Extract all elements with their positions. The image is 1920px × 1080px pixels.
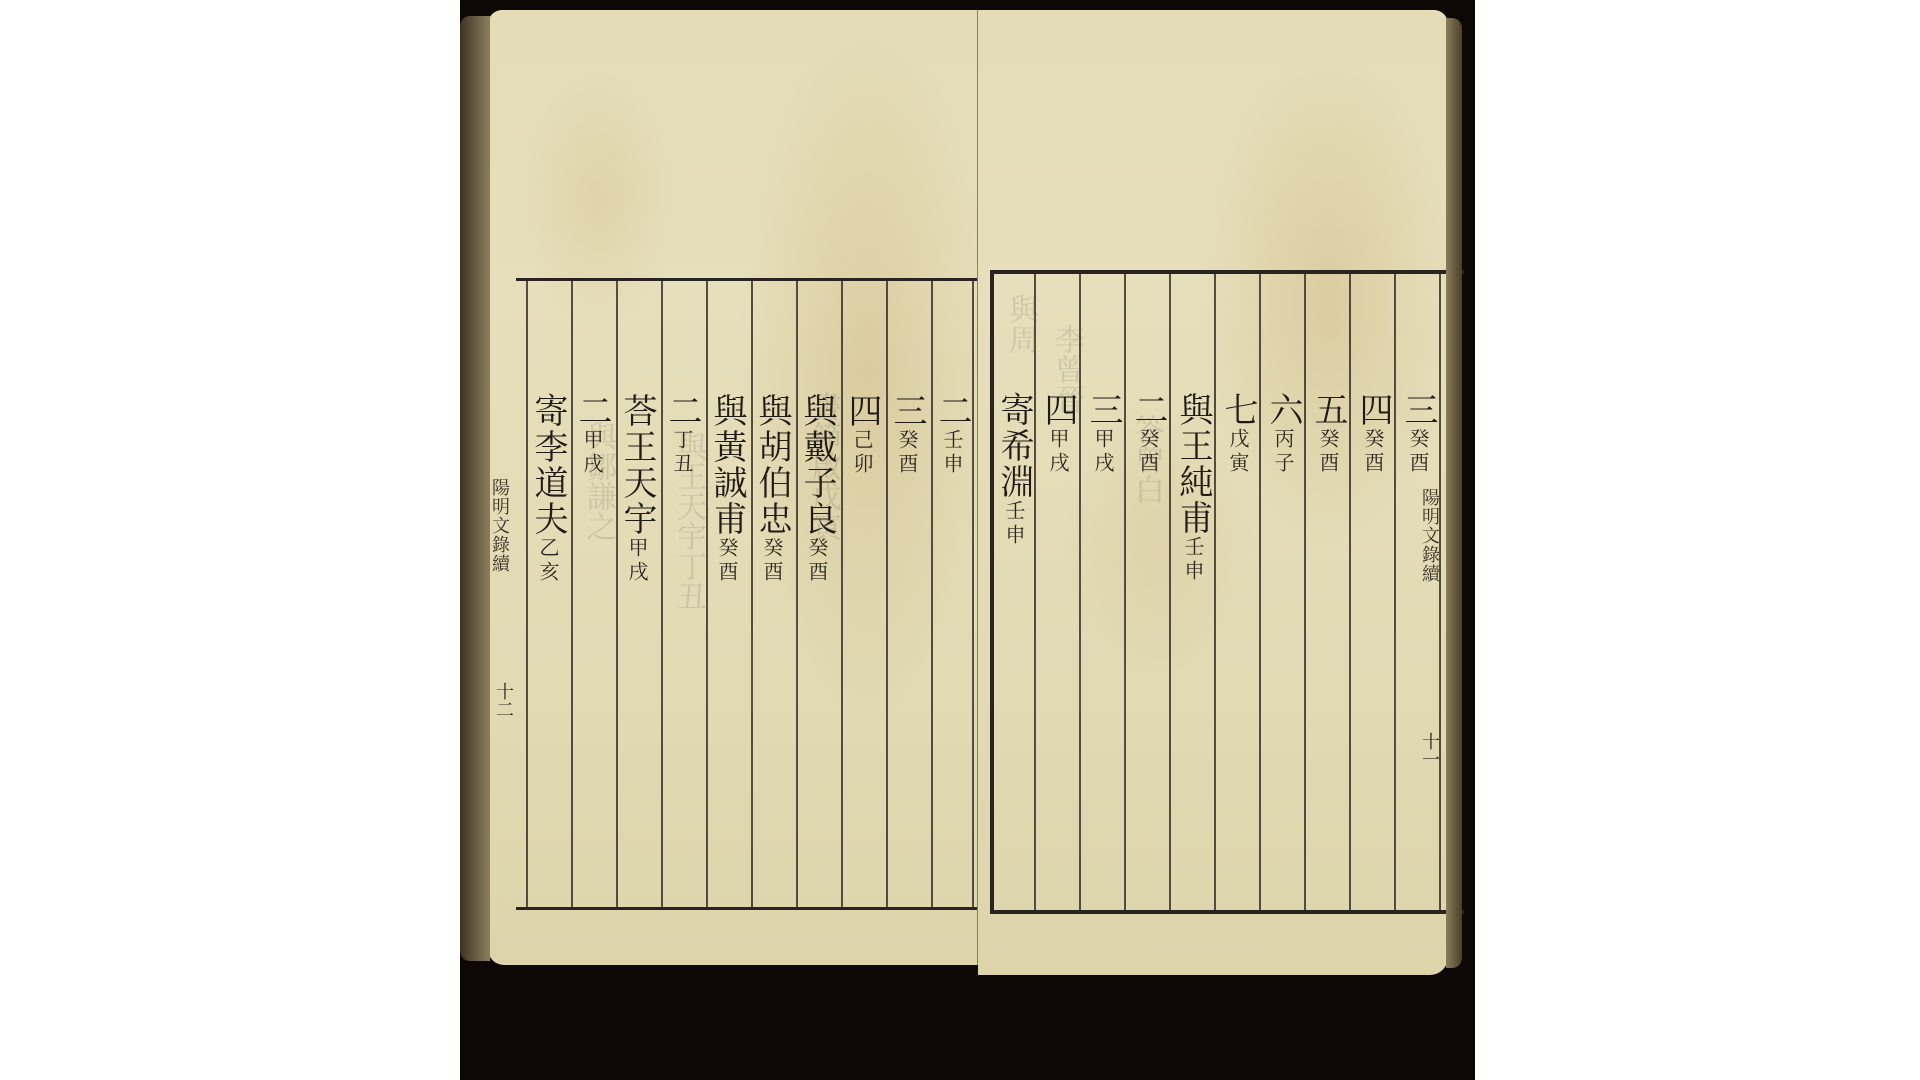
left-text-frame: 與鄒謙之 與王天宇丁丑 書節啟戊寅 二 壬申 三 癸酉 四 己卯 與戴子良 癸酉… bbox=[516, 278, 981, 910]
right-col-3: 五 癸酉 bbox=[1306, 392, 1350, 476]
right-col-8: 三 甲戌 bbox=[1081, 392, 1125, 476]
right-col-10: 寄希淵 壬申 bbox=[992, 392, 1036, 548]
left-col-1: 二 壬申 bbox=[930, 393, 974, 477]
left-page-number: 十二 bbox=[490, 682, 516, 718]
right-col-2: 四 癸酉 bbox=[1351, 392, 1395, 476]
right-col-7: 二 癸酉 bbox=[1126, 392, 1170, 476]
right-text-frame: 與周 李曾晉 答曾白 三 癸酉 四 癸酉 五 癸酉 六 丙子 七 戊寅 bbox=[990, 270, 1464, 914]
book-scan: 陽明文錄續 十二 與鄒謙之 與王天宇丁丑 書節啟戊寅 二 壬申 三 bbox=[460, 0, 1475, 1080]
left-col-9: 二 甲戌 bbox=[570, 393, 614, 477]
right-page: 陽明文錄續 十一 與周 李曾晉 答曾白 三 癸酉 四 癸酉 bbox=[978, 10, 1448, 975]
right-col-4: 六 丙子 bbox=[1261, 392, 1305, 476]
left-col-10: 寄李道夫 乙亥 bbox=[526, 393, 570, 585]
left-col-8: 荅王天宇 甲戌 bbox=[615, 393, 659, 585]
right-col-1: 三 癸酉 bbox=[1396, 392, 1440, 476]
left-col-3: 四 己卯 bbox=[840, 393, 884, 477]
left-col-5: 與胡伯忠 癸酉 bbox=[750, 393, 794, 585]
left-col-4: 與戴子良 癸酉 bbox=[795, 393, 839, 585]
left-col-2: 三 癸酉 bbox=[885, 393, 929, 477]
left-margin-title: 陽明文錄續 bbox=[486, 478, 512, 573]
right-col-9: 四 甲戌 bbox=[1036, 392, 1080, 476]
right-col-5: 七 戊寅 bbox=[1216, 392, 1260, 476]
left-page: 陽明文錄續 十二 與鄒謙之 與王天宇丁丑 書節啟戊寅 二 壬申 三 bbox=[488, 10, 978, 965]
right-col-6: 與王純甫 壬申 bbox=[1171, 392, 1215, 584]
left-col-7: 二 丁丑 bbox=[660, 393, 704, 477]
left-col-6: 與黃誠甫 癸酉 bbox=[705, 393, 749, 585]
